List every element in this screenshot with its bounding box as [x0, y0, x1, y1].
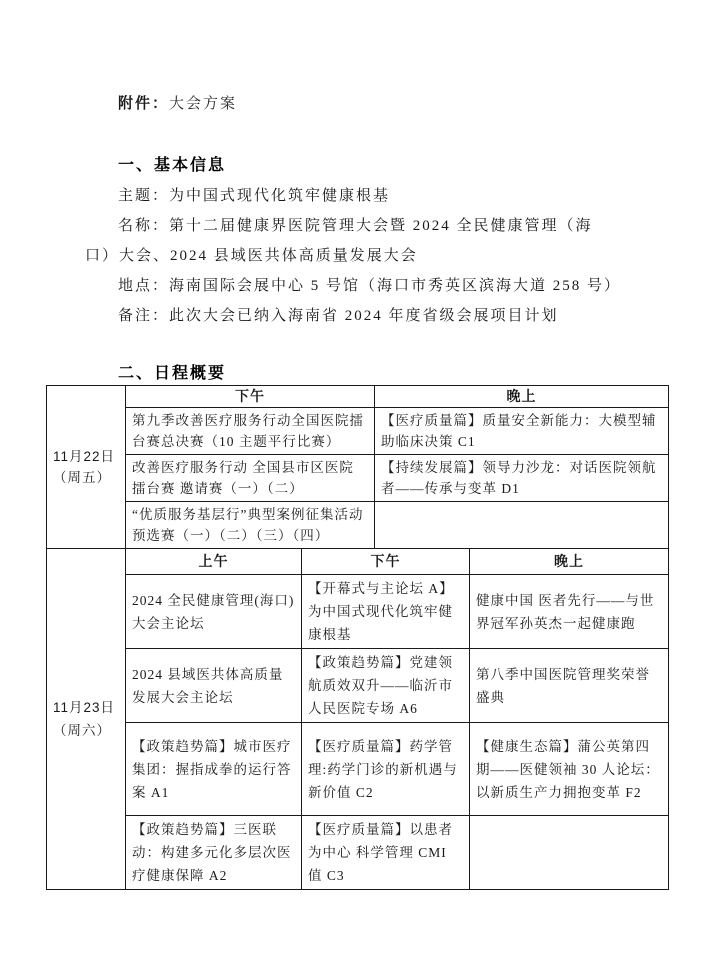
schedule-cell: 【持续发展篇】领导力沙龙：对话医院领航者——传承与变革 D1	[375, 455, 669, 502]
header-day1-evening: 晚上	[375, 386, 669, 408]
date-day2-line1: 11月23日	[53, 696, 119, 719]
schedule-cell: 【政策趋势篇】三医联动：构建多元化多层次医疗健康保障 A2	[126, 816, 302, 890]
attachment-line: 附件：大会方案	[118, 92, 237, 113]
name-line-1: 名称：第十二届健康界医院管理大会暨 2024 全民健康管理（海	[85, 211, 660, 241]
schedule-cell: 2024 全民健康管理(海口)大会主论坛	[126, 575, 302, 649]
schedule-cell: 【政策趋势篇】城市医疗集团：握指成拳的运行答案 A1	[126, 723, 302, 816]
schedule-cell: 第九季改善医疗服务行动全国医院擂台赛总决赛（10 主题平行比赛）	[126, 408, 375, 455]
schedule-cell: 2024 县域医共体高质量发展大会主论坛	[126, 649, 302, 723]
attachment-label: 附件：	[118, 95, 169, 112]
schedule-tables: 11月22日 （周五） 下午 晚上 第九季改善医疗服务行动全国医院擂台赛总决赛（…	[46, 385, 668, 890]
schedule-cell: 健康中国 医者先行——与世界冠军孙英杰一起健康跑	[470, 575, 669, 649]
schedule-cell: 【健康生态篇】蒲公英第四期——医健领袖 30 人论坛：以新质生产力拥抱变革 F2	[470, 723, 669, 816]
date-day1-line2: （周五）	[53, 467, 119, 488]
section-heading-schedule: 二、日程概要	[118, 360, 226, 383]
date-cell-day1: 11月22日 （周五）	[47, 386, 126, 549]
basic-info-paragraphs: 主题：为中国式现代化筑牢健康根基 名称：第十二届健康界医院管理大会暨 2024 …	[85, 181, 660, 331]
header-day2-evening: 晚上	[470, 549, 669, 575]
name-line-2: 口）大会、2024 县域医共体高质量发展大会	[85, 241, 660, 271]
schedule-cell: 改善医疗服务行动 全国县市区医院擂台赛 邀请赛（一）（二）	[126, 455, 375, 502]
header-day2-morning: 上午	[126, 549, 302, 575]
schedule-table-day1: 11月22日 （周五） 下午 晚上 第九季改善医疗服务行动全国医院擂台赛总决赛（…	[46, 385, 669, 549]
header-day2-afternoon: 下午	[302, 549, 470, 575]
schedule-cell-empty	[470, 816, 669, 890]
date-day1-line1: 11月22日	[53, 446, 119, 467]
schedule-cell-empty	[375, 502, 669, 549]
header-day1-afternoon: 下午	[126, 386, 375, 408]
document-page: 附件：大会方案 一、基本信息 主题：为中国式现代化筑牢健康根基 名称：第十二届健…	[0, 0, 711, 961]
schedule-cell: 【医疗质量篇】以患者为中心 科学管理 CMI 值 C3	[302, 816, 470, 890]
schedule-cell: 第八季中国医院管理奖荣誉盛典	[470, 649, 669, 723]
attachment-value: 大会方案	[169, 96, 237, 112]
theme-line: 主题：为中国式现代化筑牢健康根基	[85, 181, 660, 211]
schedule-cell: “优质服务基层行”典型案例征集活动 预选赛（一）（二）（三）（四）	[126, 502, 375, 549]
schedule-cell: 【医疗质量篇】药学管理:药学门诊的新机遇与新价值 C2	[302, 723, 470, 816]
schedule-cell: 【医疗质量篇】质量安全新能力：大模型辅助临床决策 C1	[375, 408, 669, 455]
venue-line: 地点：海南国际会展中心 5 号馆（海口市秀英区滨海大道 258 号）	[85, 271, 660, 301]
schedule-table-day2: 11月23日 （周六） 上午 下午 晚上 2024 全民健康管理(海口)大会主论…	[46, 548, 669, 890]
schedule-cell: 【开幕式与主论坛 A】为中国式现代化筑牢健康根基	[302, 575, 470, 649]
date-day2-line2: （周六）	[53, 719, 119, 742]
schedule-cell: 【政策趋势篇】党建领航质效双升——临沂市人民医院专场 A6	[302, 649, 470, 723]
section-heading-basic-info: 一、基本信息	[118, 152, 226, 175]
note-line: 备注：此次大会已纳入海南省 2024 年度省级会展项目计划	[85, 301, 660, 331]
date-cell-day2: 11月23日 （周六）	[47, 549, 126, 890]
